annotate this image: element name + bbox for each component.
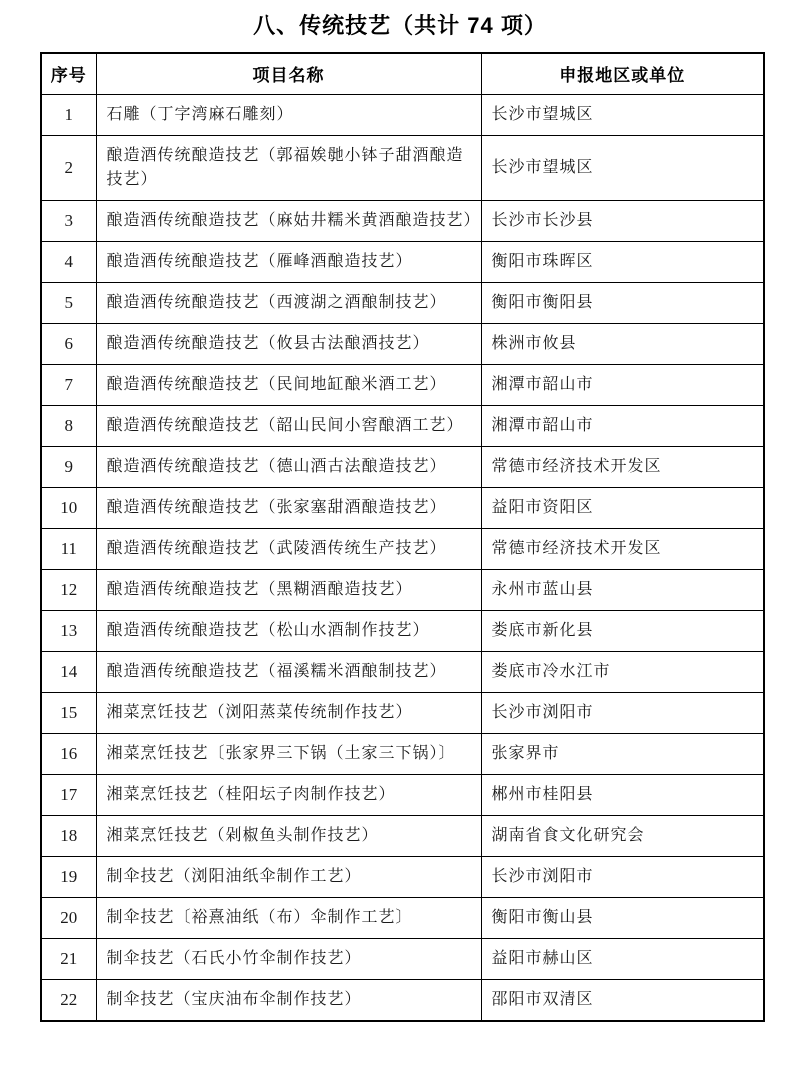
cell-unit: 湘潭市韶山市 (481, 364, 764, 405)
cell-unit: 常德市经济技术开发区 (481, 528, 764, 569)
table-row: 12酿造酒传统酿造技艺（黑糊酒酿造技艺）永州市蓝山县 (41, 569, 764, 610)
cell-name: 制伞技艺（石氏小竹伞制作技艺） (96, 938, 481, 979)
cell-unit: 湖南省食文化研究会 (481, 815, 764, 856)
cell-unit: 衡阳市衡阳县 (481, 282, 764, 323)
cell-name: 湘菜烹饪技艺〔张家界三下锅（土家三下锅）〕 (96, 733, 481, 774)
cell-unit: 衡阳市珠晖区 (481, 241, 764, 282)
table-row: 2酿造酒传统酿造技艺（郭福娭毑小钵子甜酒酿造技艺）长沙市望城区 (41, 135, 764, 200)
cell-no: 7 (41, 364, 96, 405)
cell-name: 酿造酒传统酿造技艺（西渡湖之酒酿制技艺） (96, 282, 481, 323)
cell-no: 18 (41, 815, 96, 856)
crafts-table: 序号 项目名称 申报地区或单位 1石雕（丁字湾麻石雕刻）长沙市望城区2酿造酒传统… (40, 52, 765, 1022)
cell-no: 1 (41, 94, 96, 135)
cell-no: 14 (41, 651, 96, 692)
cell-no: 16 (41, 733, 96, 774)
cell-name: 酿造酒传统酿造技艺（黑糊酒酿造技艺） (96, 569, 481, 610)
cell-no: 6 (41, 323, 96, 364)
table-row: 3酿造酒传统酿造技艺（麻姑井糯米黄酒酿造技艺）长沙市长沙县 (41, 200, 764, 241)
table-row: 20制伞技艺〔裕熹油纸（布）伞制作工艺〕衡阳市衡山县 (41, 897, 764, 938)
cell-no: 10 (41, 487, 96, 528)
cell-name: 酿造酒传统酿造技艺（攸县古法酿酒技艺） (96, 323, 481, 364)
table-row: 14酿造酒传统酿造技艺（福溪糯米酒酿制技艺）娄底市冷水江市 (41, 651, 764, 692)
table-body: 1石雕（丁字湾麻石雕刻）长沙市望城区2酿造酒传统酿造技艺（郭福娭毑小钵子甜酒酿造… (41, 94, 764, 1021)
cell-name: 酿造酒传统酿造技艺（雁峰酒酿造技艺） (96, 241, 481, 282)
table-row: 13酿造酒传统酿造技艺（松山水酒制作技艺）娄底市新化县 (41, 610, 764, 651)
cell-unit: 益阳市赫山区 (481, 938, 764, 979)
cell-no: 5 (41, 282, 96, 323)
cell-no: 11 (41, 528, 96, 569)
table-row: 17湘菜烹饪技艺（桂阳坛子肉制作技艺）郴州市桂阳县 (41, 774, 764, 815)
cell-unit: 长沙市浏阳市 (481, 692, 764, 733)
cell-no: 9 (41, 446, 96, 487)
cell-no: 2 (41, 135, 96, 200)
cell-no: 19 (41, 856, 96, 897)
cell-no: 3 (41, 200, 96, 241)
cell-name: 酿造酒传统酿造技艺（民间地缸酿米酒工艺） (96, 364, 481, 405)
cell-unit: 湘潭市韶山市 (481, 405, 764, 446)
cell-no: 8 (41, 405, 96, 446)
cell-unit: 张家界市 (481, 733, 764, 774)
table-row: 10酿造酒传统酿造技艺（张家塞甜酒酿造技艺）益阳市资阳区 (41, 487, 764, 528)
cell-no: 12 (41, 569, 96, 610)
table-row: 11酿造酒传统酿造技艺（武陵酒传统生产技艺）常德市经济技术开发区 (41, 528, 764, 569)
table-row: 19制伞技艺（浏阳油纸伞制作工艺）长沙市浏阳市 (41, 856, 764, 897)
col-header-name: 项目名称 (96, 53, 481, 94)
table-row: 16湘菜烹饪技艺〔张家界三下锅（土家三下锅）〕张家界市 (41, 733, 764, 774)
cell-name: 湘菜烹饪技艺（浏阳蒸菜传统制作技艺） (96, 692, 481, 733)
table-row: 1石雕（丁字湾麻石雕刻）长沙市望城区 (41, 94, 764, 135)
col-header-unit: 申报地区或单位 (481, 53, 764, 94)
cell-no: 15 (41, 692, 96, 733)
cell-unit: 长沙市望城区 (481, 135, 764, 200)
cell-name: 酿造酒传统酿造技艺（张家塞甜酒酿造技艺） (96, 487, 481, 528)
cell-name: 制伞技艺〔裕熹油纸（布）伞制作工艺〕 (96, 897, 481, 938)
cell-no: 13 (41, 610, 96, 651)
cell-name: 制伞技艺（浏阳油纸伞制作工艺） (96, 856, 481, 897)
cell-unit: 长沙市长沙县 (481, 200, 764, 241)
cell-unit: 郴州市桂阳县 (481, 774, 764, 815)
table-row: 5酿造酒传统酿造技艺（西渡湖之酒酿制技艺）衡阳市衡阳县 (41, 282, 764, 323)
cell-unit: 邵阳市双清区 (481, 979, 764, 1021)
cell-name: 酿造酒传统酿造技艺（郭福娭毑小钵子甜酒酿造技艺） (96, 135, 481, 200)
cell-name: 酿造酒传统酿造技艺（福溪糯米酒酿制技艺） (96, 651, 481, 692)
table-row: 9酿造酒传统酿造技艺（德山酒古法酿造技艺）常德市经济技术开发区 (41, 446, 764, 487)
cell-unit: 娄底市冷水江市 (481, 651, 764, 692)
cell-name: 酿造酒传统酿造技艺（武陵酒传统生产技艺） (96, 528, 481, 569)
page-title: 八、传统技艺（共计 74 项） (0, 0, 800, 40)
cell-unit: 永州市蓝山县 (481, 569, 764, 610)
cell-no: 22 (41, 979, 96, 1021)
table-row: 4酿造酒传统酿造技艺（雁峰酒酿造技艺）衡阳市珠晖区 (41, 241, 764, 282)
cell-name: 石雕（丁字湾麻石雕刻） (96, 94, 481, 135)
cell-unit: 常德市经济技术开发区 (481, 446, 764, 487)
cell-name: 湘菜烹饪技艺（桂阳坛子肉制作技艺） (96, 774, 481, 815)
cell-unit: 益阳市资阳区 (481, 487, 764, 528)
cell-no: 4 (41, 241, 96, 282)
cell-name: 酿造酒传统酿造技艺（德山酒古法酿造技艺） (96, 446, 481, 487)
table-row: 6酿造酒传统酿造技艺（攸县古法酿酒技艺）株洲市攸县 (41, 323, 764, 364)
cell-no: 20 (41, 897, 96, 938)
cell-no: 17 (41, 774, 96, 815)
cell-name: 酿造酒传统酿造技艺（松山水酒制作技艺） (96, 610, 481, 651)
table-row: 18湘菜烹饪技艺（剁椒鱼头制作技艺）湖南省食文化研究会 (41, 815, 764, 856)
table-container: 序号 项目名称 申报地区或单位 1石雕（丁字湾麻石雕刻）长沙市望城区2酿造酒传统… (40, 52, 763, 1022)
cell-name: 湘菜烹饪技艺（剁椒鱼头制作技艺） (96, 815, 481, 856)
table-row: 21制伞技艺（石氏小竹伞制作技艺）益阳市赫山区 (41, 938, 764, 979)
cell-name: 酿造酒传统酿造技艺（麻姑井糯米黄酒酿造技艺） (96, 200, 481, 241)
header-row: 序号 项目名称 申报地区或单位 (41, 53, 764, 94)
col-header-no: 序号 (41, 53, 96, 94)
table-row: 8酿造酒传统酿造技艺（韶山民间小窖酿酒工艺）湘潭市韶山市 (41, 405, 764, 446)
cell-name: 酿造酒传统酿造技艺（韶山民间小窖酿酒工艺） (96, 405, 481, 446)
cell-unit: 株洲市攸县 (481, 323, 764, 364)
table-row: 22制伞技艺（宝庆油布伞制作技艺）邵阳市双清区 (41, 979, 764, 1021)
table-row: 15湘菜烹饪技艺（浏阳蒸菜传统制作技艺）长沙市浏阳市 (41, 692, 764, 733)
cell-unit: 娄底市新化县 (481, 610, 764, 651)
table-row: 7酿造酒传统酿造技艺（民间地缸酿米酒工艺）湘潭市韶山市 (41, 364, 764, 405)
cell-name: 制伞技艺（宝庆油布伞制作技艺） (96, 979, 481, 1021)
cell-no: 21 (41, 938, 96, 979)
cell-unit: 衡阳市衡山县 (481, 897, 764, 938)
cell-unit: 长沙市浏阳市 (481, 856, 764, 897)
cell-unit: 长沙市望城区 (481, 94, 764, 135)
